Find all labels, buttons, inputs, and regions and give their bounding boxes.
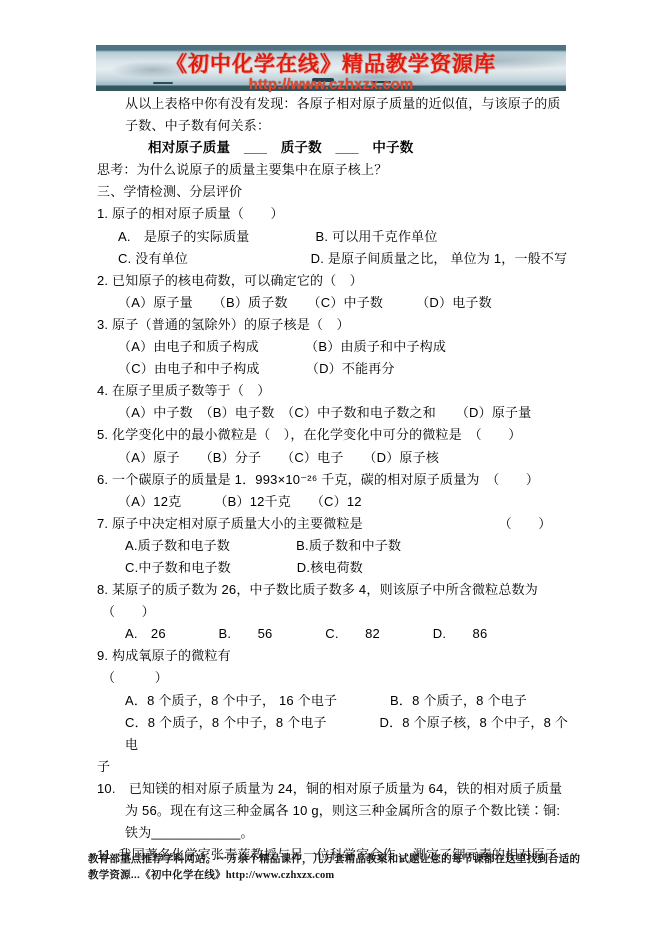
text-line: 思考：为什么说原子的质量主要集中在原子核上？ xyxy=(97,159,571,181)
text-line: A.质子数和电子数 B.质子数和中子数 xyxy=(125,535,571,557)
banner-url-link[interactable]: http://www.czhxzx.com xyxy=(96,76,566,93)
text-line: （A）原子量 （B）质子数 （C）中子数 （D）电子数 xyxy=(118,292,571,314)
text-line: 7. 原子中决定相对原子质量大小的主要微粒是 （ ） xyxy=(97,513,571,535)
text-line: （A）原子 （B）分子 （C）电子 （D）原子核 xyxy=(118,447,571,469)
site-banner-image: 《初中化学在线》精品教学资源库 http://www.czhxzx.com xyxy=(96,45,566,91)
text-line: 相对原子质量 ___ 质子数 ___ 中子数 xyxy=(148,137,571,159)
text-line: C．8 个质子，8 个中子，8 个电子 D．8 个原子核，8 个中子，8 个电 xyxy=(125,712,571,756)
text-line: 从以上表格中你有没有发现：各原子相对原子质量的近似值，与该原子的质 xyxy=(125,93,571,115)
text-line: A. 是原子的实际质量 B. 可以用千克作单位 xyxy=(118,226,571,248)
text-line: A. 26 B. 56 C. 82 D. 86 xyxy=(125,623,571,645)
text-line: （ ） xyxy=(102,601,571,623)
text-line: 3. 原子（普通的氢除外）的原子核是（ ） xyxy=(97,314,571,336)
text-line: 6. 一个碳原子的质量是 1．993×10⁻²⁶ 千克，碳的相对原子质量为 （ … xyxy=(97,469,571,491)
footer-url-link[interactable]: http://www.czhxzx.com xyxy=(226,870,335,881)
text-line: C.中子数和电子数 D.核电荷数 xyxy=(125,557,571,579)
worksheet-content: 从以上表格中你有没有发现：各原子相对原子质量的近似值，与该原子的质子数、中子数有… xyxy=(97,93,571,866)
text-line: 子 xyxy=(97,756,571,778)
page-footer: 教育部重点推荐学科网站。一万余个精品课件，几万套精品教案和试题让您的每节课都在这… xyxy=(88,851,588,884)
text-line: （A）中子数 （B）电子数 （C）中子数和电子数之和 （D）原子量 xyxy=(118,402,571,424)
text-line: 1. 原子的相对原子质量（ ） xyxy=(97,203,571,225)
text-line: 4. 在原子里质子数等于（ ） xyxy=(97,380,571,402)
text-line: 2. 已知原子的核电荷数，可以确定它的（ ） xyxy=(97,270,571,292)
text-line: （A）由电子和质子构成 （B）由质子和中子构成 xyxy=(118,336,571,358)
text-line: （A）12克 （B）12千克 （C）12 xyxy=(118,491,571,513)
footer-promo-text-2: 教学资源...《初中化学在线》 xyxy=(88,869,226,881)
text-line: 9. 构成氧原子的微粒有 xyxy=(97,645,571,667)
text-line: （C）由电子和中子构成 （D）不能再分 xyxy=(118,358,571,380)
text-line: 8. 某原子的质子数为 26，中子数比质子数多 4，则该原子中所含微粒总数为 xyxy=(97,579,571,601)
text-line: 为 56。现在有这三种金属各 10 g，则这三种金属所含的原子个数比镁∶铜: xyxy=(125,800,571,822)
text-line: C. 没有单位 D. 是原子间质量之比， 单位为 1，一般不写 xyxy=(118,248,571,270)
text-line: （ ） xyxy=(102,667,571,689)
text-line: 10. 已知镁的相对原子质量为 24，铜的相对原子质量为 64，铁的相对质子质量 xyxy=(97,778,571,800)
text-line: 铁为____________。 xyxy=(125,822,571,844)
text-line: 子数、中子数有何关系： xyxy=(125,115,571,137)
banner-title: 《初中化学在线》精品教学资源库 xyxy=(96,48,566,78)
text-line: A．8 个质子，8 个中子， 16 个电子 B．8 个质子，8 个电子 xyxy=(125,690,571,712)
footer-promo-text: 教育部重点推荐学科网站。一万余个精品课件，几万套精品教案和试题让您的每节课都在这… xyxy=(88,853,580,865)
text-line: 5. 化学变化中的最小微粒是（ ），在化学变化中可分的微粒是 （ ） xyxy=(97,424,571,446)
text-line: 三、学情检测、分层评价 xyxy=(97,181,571,203)
